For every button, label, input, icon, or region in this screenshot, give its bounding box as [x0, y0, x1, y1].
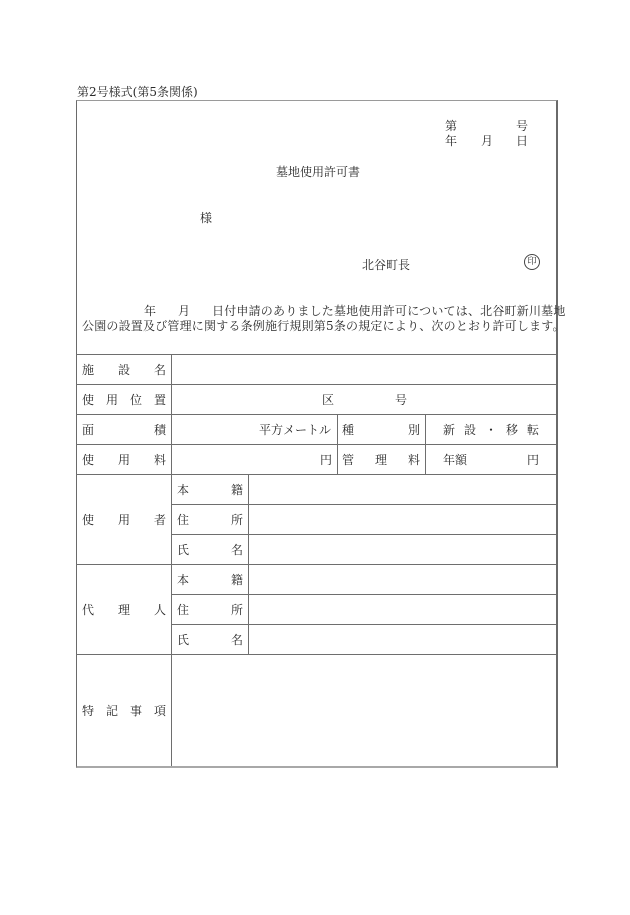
row-divider — [76, 654, 556, 655]
fee-unit: 円 — [320, 444, 332, 474]
label-management-fee: 管理料 — [342, 444, 420, 474]
label-user-address: 住所 — [177, 504, 243, 534]
user-domicile-field[interactable] — [252, 474, 552, 504]
agent-address-field[interactable] — [252, 594, 552, 624]
agent-name-field[interactable] — [252, 624, 552, 654]
column-divider — [248, 474, 249, 654]
addressee-suffix: 様 — [200, 209, 212, 226]
user-address-field[interactable] — [252, 504, 552, 534]
form-number-label: 第2号様式(第5条関係) — [77, 83, 198, 100]
date-day: 日 — [516, 132, 528, 149]
issuer-name: 北谷町長 — [362, 256, 410, 273]
document-title: 墓地使用許可書 — [276, 163, 360, 180]
seal-icon: 印 — [524, 254, 540, 270]
facility-name-field[interactable] — [172, 354, 555, 384]
label-user: 使用者 — [82, 504, 166, 534]
label-agent-domicile: 本籍 — [177, 564, 243, 594]
type-options[interactable]: 新設・移転 — [443, 414, 539, 444]
label-facility-name: 施設名 — [82, 354, 166, 384]
column-divider — [337, 414, 338, 474]
label-fee: 使用料 — [82, 444, 166, 474]
location-go: 号 — [395, 384, 407, 414]
user-name-field[interactable] — [252, 534, 552, 564]
area-unit: 平方メートル — [259, 414, 331, 444]
body-line2: 公園の設置及び管理に関する条例施行規則第5条の規定により、次のとおり許可します。 — [82, 317, 565, 334]
column-divider — [171, 354, 172, 766]
annual-unit: 円 — [527, 444, 539, 474]
label-remarks: 特記事項 — [82, 695, 166, 725]
label-agent-name: 氏名 — [177, 624, 243, 654]
date-year: 年 — [445, 132, 457, 149]
location-ku: 区 — [322, 384, 334, 414]
label-user-domicile: 本籍 — [177, 474, 243, 504]
label-location: 使用位置 — [82, 384, 166, 414]
agent-domicile-field[interactable] — [252, 564, 552, 594]
label-agent: 代理人 — [82, 594, 166, 624]
label-user-name: 氏名 — [177, 534, 243, 564]
label-agent-address: 住所 — [177, 594, 243, 624]
annual-label: 年額 — [443, 444, 467, 474]
label-type: 種別 — [342, 414, 420, 444]
date-month: 月 — [481, 132, 493, 149]
label-area: 面積 — [82, 414, 166, 444]
column-divider — [425, 414, 426, 474]
remarks-field[interactable] — [176, 660, 552, 760]
